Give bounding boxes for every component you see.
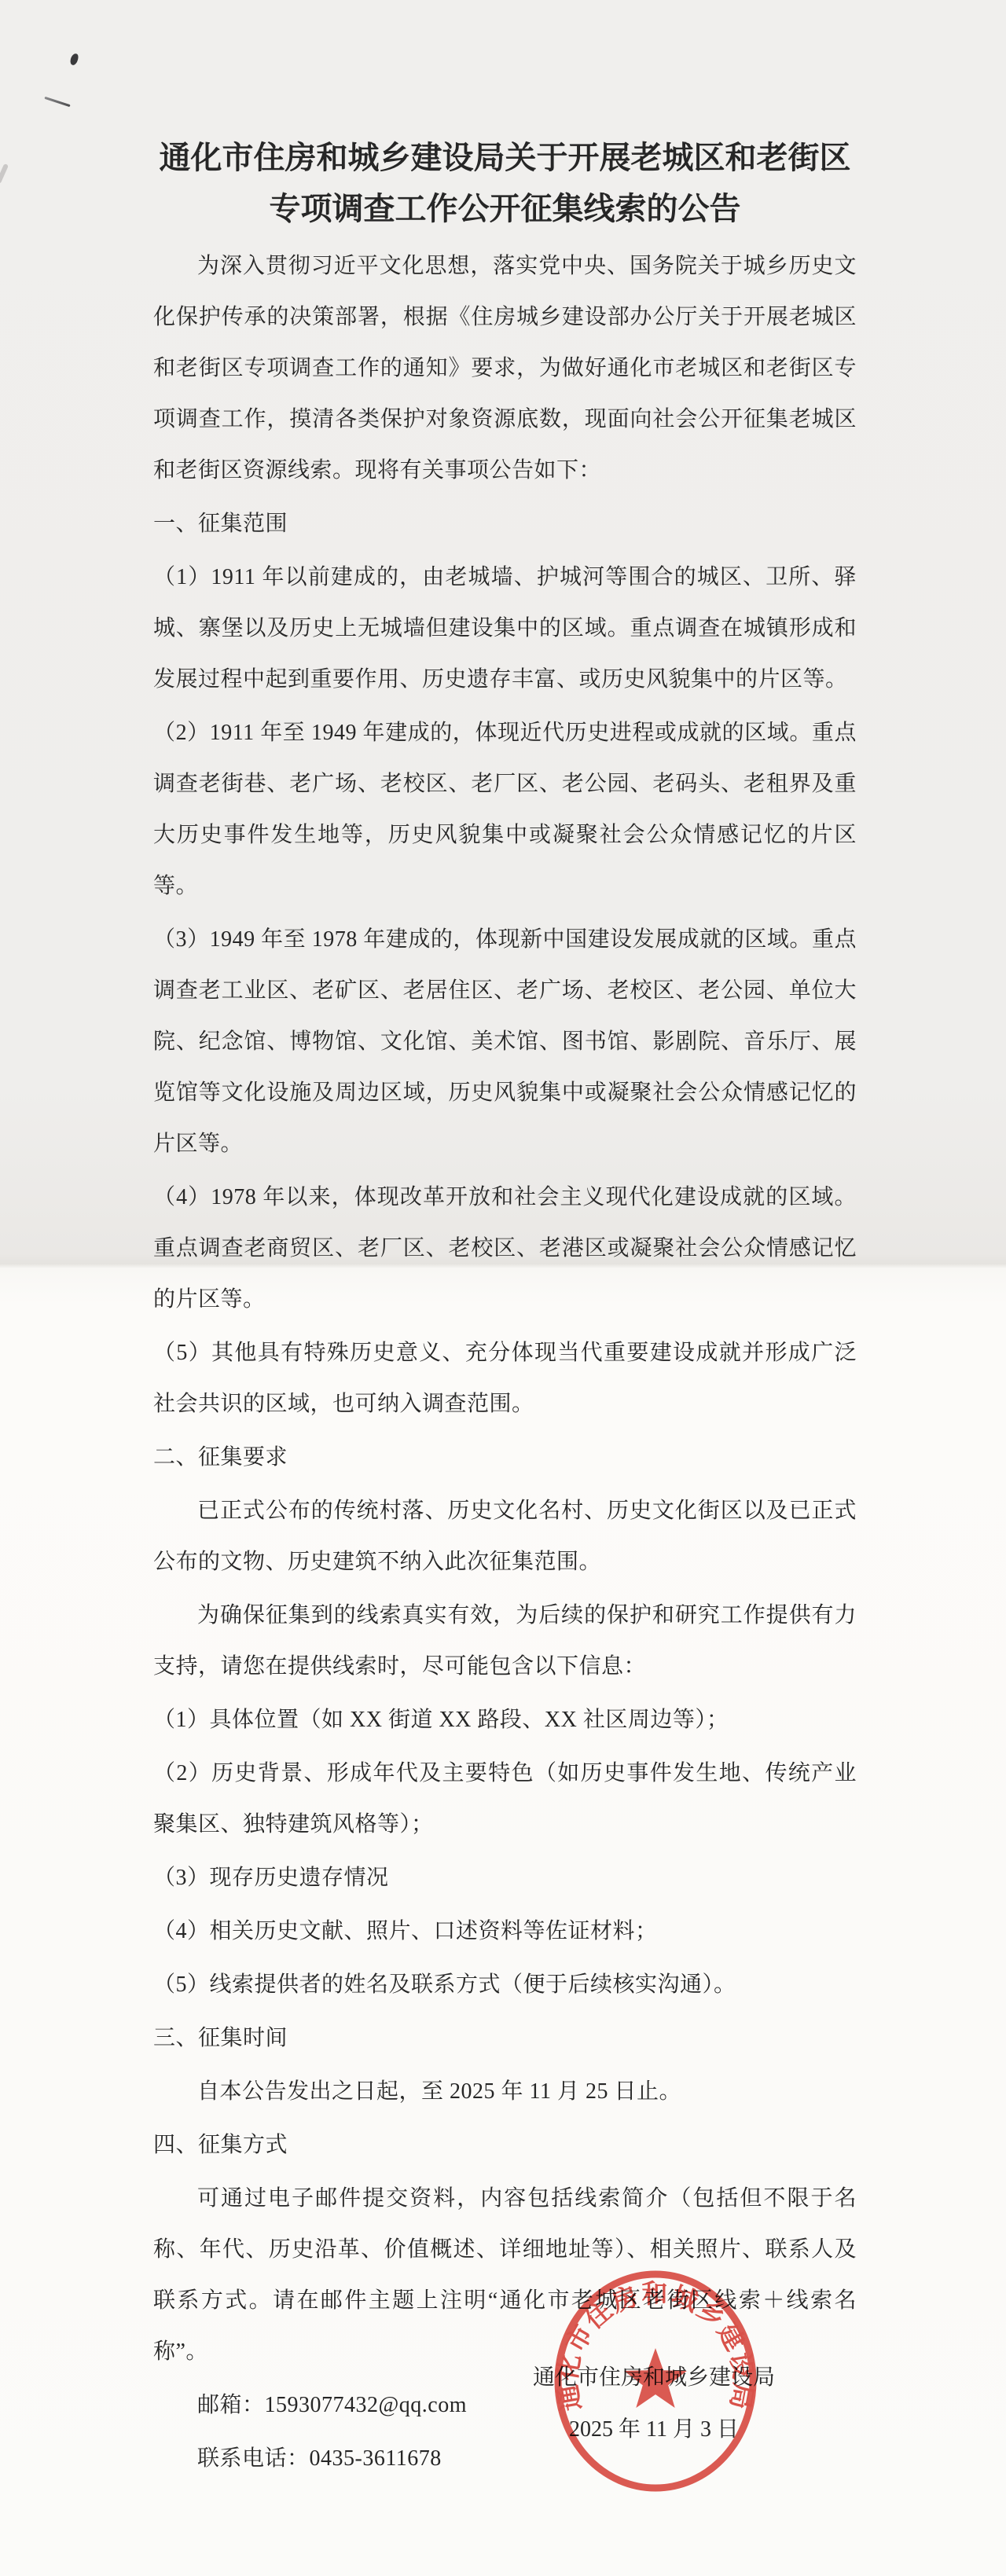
document-body: 通化市住房和城乡建设局关于开展老城区和老街区 专项调查工作公开征集线索的公告 为…: [153, 0, 857, 2486]
section-2-heading: 二、征集要求: [153, 1432, 857, 1483]
info-item-3: （3）现存历史遗存情况: [153, 1852, 857, 1903]
scope-item-3: （3）1949 年至 1978 年建成的，体现新中国建设发展成就的区域。重点调查…: [153, 914, 857, 1169]
scope-item-2: （2）1911 年至 1949 年建成的，体现近代历史进程或成就的区域。重点调查…: [153, 707, 857, 912]
scope-item-4: （4）1978 年以来，体现改革开放和社会主义现代化建设成就的区域。重点调查老商…: [153, 1172, 857, 1325]
title-line-2: 专项调查工作公开征集线索的公告: [153, 183, 857, 234]
scan-edge-mark: [0, 163, 9, 184]
info-item-1: （1）具体位置（如 XX 街道 XX 路段、XX 社区周边等）；: [153, 1694, 857, 1745]
scanned-document-page: 通化市住房和城乡建设局关于开展老城区和老街区 专项调查工作公开征集线索的公告 为…: [0, 0, 1006, 2576]
title-line-1: 通化市住房和城乡建设局关于开展老城区和老街区: [153, 132, 857, 183]
scan-ink-blot: [69, 53, 79, 66]
requirement-paragraph-1: 已正式公布的传统村落、历史文化名村、历史文化街区以及已正式公布的文物、历史建筑不…: [153, 1485, 857, 1587]
scan-ink-stroke: [44, 97, 70, 107]
announcement-text: 为深入贯彻习近平文化思想，落实党中央、国务院关于城乡历史文化保护传承的决策部署，…: [153, 240, 857, 2484]
info-item-2: （2）历史背景、形成年代及主要特色（如历史事件发生地、传统产业聚集区、独特建筑风…: [153, 1748, 857, 1850]
requirement-paragraph-2: 为确保征集到的线索真实有效，为后续的保护和研究工作提供有力支持，请您在提供线索时…: [153, 1590, 857, 1692]
scope-item-1: （1）1911 年以前建成的，由老城墙、护城河等围合的城区、卫所、驿城、寨堡以及…: [153, 552, 857, 705]
document-title: 通化市住房和城乡建设局关于开展老城区和老街区 专项调查工作公开征集线索的公告: [153, 132, 857, 234]
intro-paragraph: 为深入贯彻习近平文化思想，落实党中央、国务院关于城乡历史文化保护传承的决策部署，…: [153, 240, 857, 496]
section-1-heading: 一、征集范围: [153, 498, 857, 549]
time-paragraph: 自本公告发出之日起，至 2025 年 11 月 25 日止。: [153, 2066, 857, 2117]
official-seal: 通化市住房和城乡建设局: [549, 2266, 762, 2496]
section-3-heading: 三、征集时间: [153, 2013, 857, 2064]
section-4-heading: 四、征集方式: [153, 2119, 857, 2171]
info-item-4: （4）相关历史文献、照片、口述资料等佐证材料；: [153, 1906, 857, 1957]
seal-star: [624, 2348, 687, 2408]
scope-item-5: （5）其他具有特殊历史意义、充分体现当代重要建设成就并形成广泛社会共识的区域，也…: [153, 1327, 857, 1429]
info-item-5: （5）线索提供者的姓名及联系方式（便于后续核实沟通）。: [153, 1959, 857, 2010]
